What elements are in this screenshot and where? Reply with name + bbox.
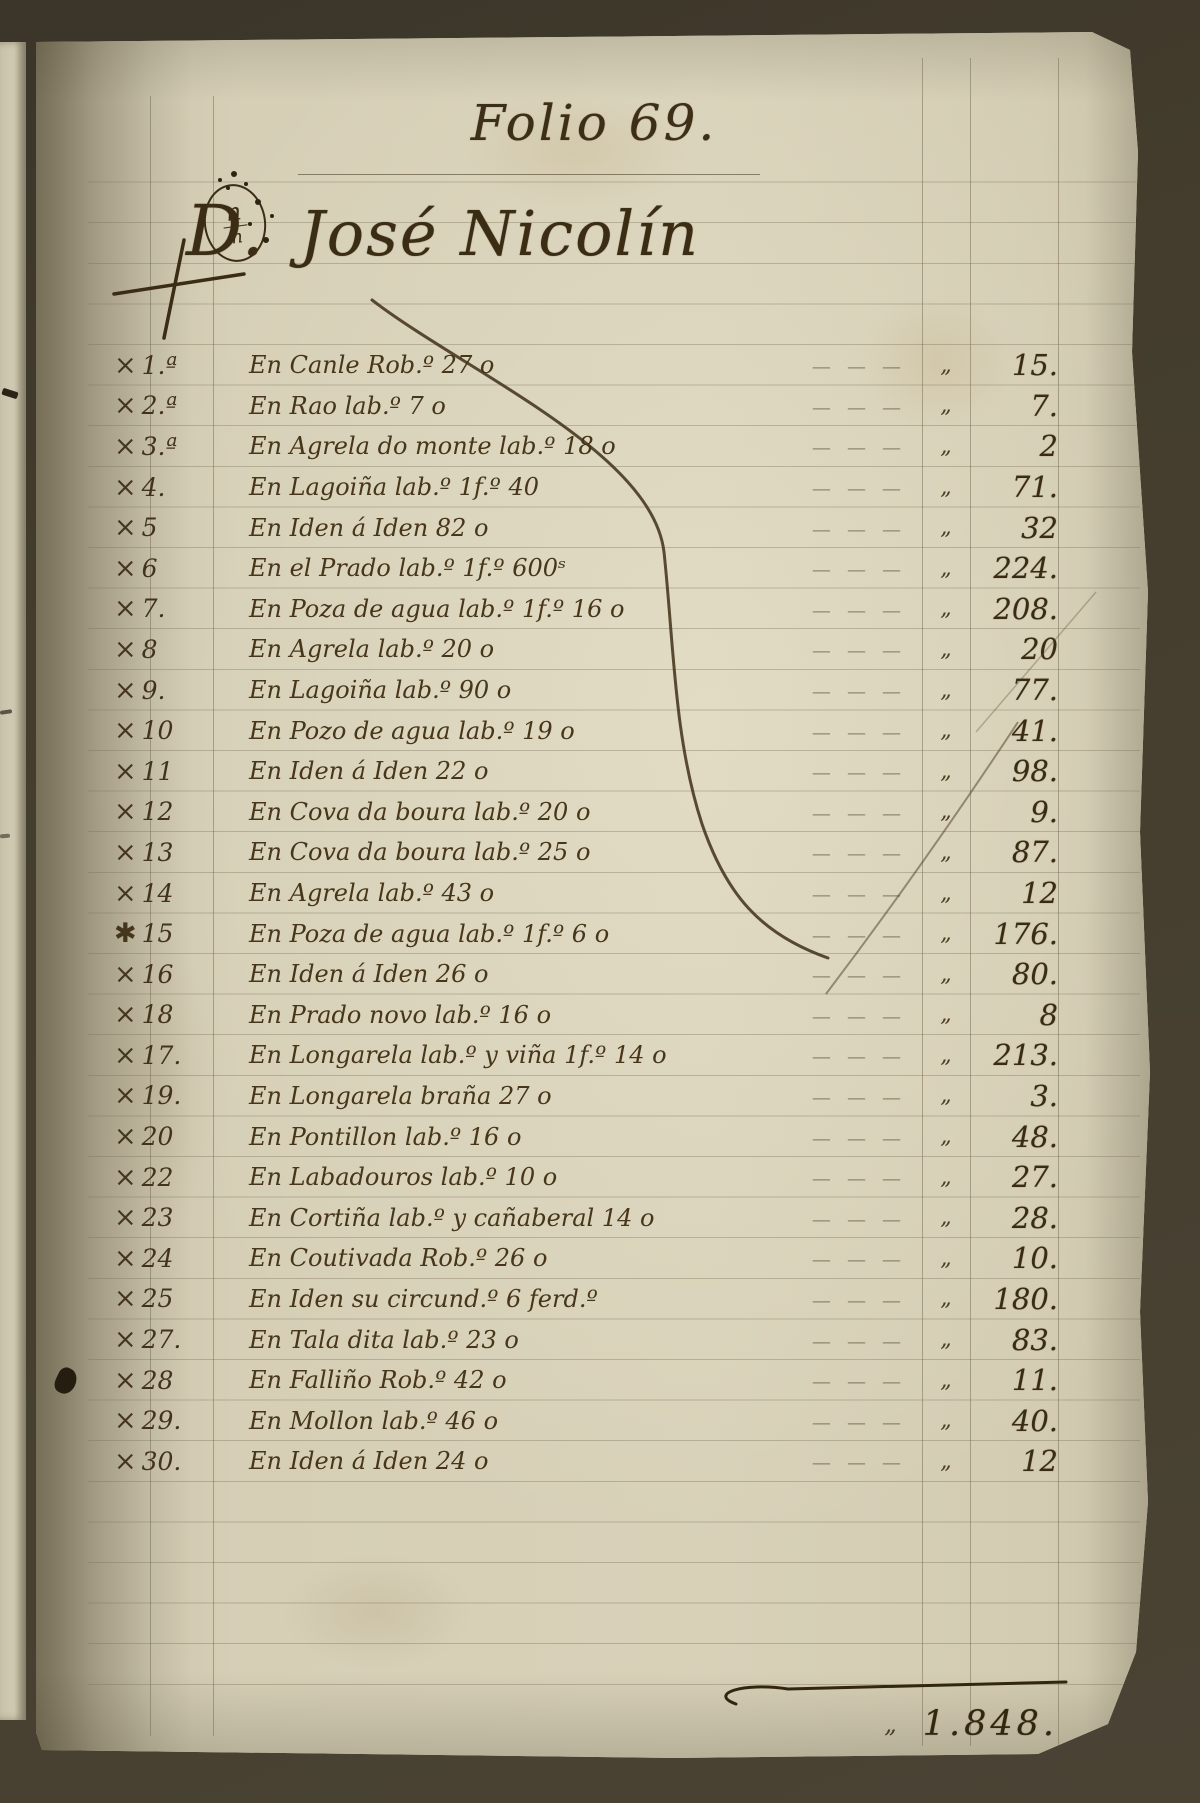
row-entry-text: En Coutivada Rob.º 26 o — [213, 1244, 547, 1272]
row-entry-text: En Cortiña lab.º y cañaberal 14 o — [213, 1204, 654, 1232]
row-amount: 98. — [970, 754, 1058, 788]
row-number: 8 — [142, 635, 158, 664]
row-entry-cell: En Falliño Rob.º 42 o — — — — [213, 1366, 922, 1394]
row-cross-mark: × — [114, 837, 137, 868]
row-number-cell: × 20 — [114, 1121, 213, 1152]
row-quote-mark: „ — [922, 1449, 970, 1474]
row-cross-mark: × — [114, 1243, 137, 1274]
row-quote-mark: „ — [922, 921, 970, 946]
ink-tick — [0, 709, 12, 715]
row-dash-filler: — — — — [488, 1452, 922, 1474]
account-holder-name: José Nicolín — [300, 197, 700, 270]
row-entry-text: En Canle Rob.º 27 o — [213, 351, 494, 379]
row-quote-mark: „ — [922, 596, 970, 621]
row-number: 28 — [142, 1366, 174, 1395]
screenshot-root: { "document": { "folio_title": "Folio 69… — [0, 0, 1200, 1803]
row-dash-filler: — — — — [511, 681, 922, 703]
row-quote-mark: „ — [922, 556, 970, 581]
row-number-cell: × 27. — [114, 1324, 213, 1355]
row-cross-mark: × — [114, 959, 137, 990]
row-quote-mark: „ — [922, 353, 970, 378]
row-entry-cell: En Tala dita lab.º 23 o — — — — [213, 1326, 922, 1354]
row-number: 27. — [142, 1325, 182, 1354]
row-cross-mark: × — [114, 390, 137, 421]
ledger-row: × 16 En Iden á Iden 26 o — — — „ 80. — [36, 954, 1152, 995]
ledger-row: × 9. En Lagoiña lab.º 90 o — — — „ 77. — [36, 670, 1152, 711]
paper-stain — [276, 1552, 476, 1672]
total-row: „ 1.848. — [36, 1700, 1058, 1748]
row-entry-text: En Agrela do monte lab.º 18 o — [213, 432, 616, 460]
row-dash-filler: — — — — [494, 640, 922, 662]
row-entry-text: En Iden á Iden 26 o — [213, 960, 488, 988]
ledger-row: × 7. En Poza de agua lab.º 1f.º 16 o — —… — [36, 589, 1152, 630]
row-cross-mark: ✱ — [114, 918, 137, 949]
row-number-cell: ✱ 15 — [114, 918, 213, 949]
row-number: 15 — [142, 919, 174, 948]
row-entry-cell: En Pozo de agua lab.º 19 o — — — — [213, 717, 922, 745]
row-number: 4. — [142, 473, 166, 502]
row-number: 2.ª — [142, 391, 178, 420]
row-entry-cell: En Canle Rob.º 27 o — — — — [213, 351, 922, 379]
row-number-cell: × 14 — [114, 878, 213, 909]
row-amount: 77. — [970, 673, 1058, 707]
row-number-cell: × 2.ª — [114, 390, 213, 421]
ledger-row: × 11 En Iden á Iden 22 o — — — „ 98. — [36, 751, 1152, 792]
ledger-row: × 17. En Longarela lab.º y viña 1f.º 14 … — [36, 1035, 1152, 1076]
row-dash-filler: — — — — [654, 1209, 922, 1231]
row-amount: 27. — [970, 1160, 1058, 1194]
ledger-row: × 30. En Iden á Iden 24 o — — — „ 12 — [36, 1441, 1152, 1482]
row-dash-filler: — — — — [551, 1006, 922, 1028]
row-dash-filler: — — — — [539, 478, 922, 500]
row-dash-filler: — — — — [446, 397, 922, 419]
row-quote-mark: „ — [922, 840, 970, 865]
row-quote-mark: „ — [922, 393, 970, 418]
row-entry-text: En Cova da boura lab.º 20 o — [213, 798, 590, 826]
honorific: D. — [186, 190, 266, 272]
row-cross-mark: × — [114, 1202, 137, 1233]
row-entry-text: En Pontillon lab.º 16 o — [213, 1123, 521, 1151]
row-entry-cell: En Longarela braña 27 o — — — — [213, 1082, 922, 1110]
row-entry-cell: En Cortiña lab.º y cañaberal 14 o — — — — [213, 1204, 922, 1232]
row-amount: 48. — [970, 1120, 1058, 1154]
ledger-row: × 22 En Labadouros lab.º 10 o — — — „ 27… — [36, 1157, 1152, 1198]
heading-cross-stroke — [114, 274, 244, 294]
row-amount: 83. — [970, 1323, 1058, 1357]
ledger-row: × 24 En Coutivada Rob.º 26 o — — — „ 10. — [36, 1238, 1152, 1279]
row-number-cell: × 22 — [114, 1162, 213, 1193]
row-amount: 71. — [970, 470, 1058, 504]
row-number-cell: × 11 — [114, 756, 213, 787]
row-number: 11 — [142, 757, 174, 786]
ink-tick — [0, 834, 10, 839]
row-cross-mark: × — [114, 1080, 137, 1111]
row-amount: 41. — [970, 714, 1058, 748]
total-quote-mark: „ — [884, 1710, 896, 1738]
row-amount: 213. — [970, 1038, 1058, 1072]
row-entry-cell: En Prado novo lab.º 16 o — — — — [213, 1001, 922, 1029]
row-dash-filler: — — — — [624, 600, 922, 622]
row-amount: 32 — [970, 511, 1058, 545]
total-amount: 1.848. — [923, 1704, 1058, 1744]
row-entry-cell: En Iden á Iden 22 o — — — — [213, 757, 922, 785]
row-quote-mark: „ — [922, 515, 970, 540]
ledger-row: × 8 En Agrela lab.º 20 o — — — „ 20 — [36, 629, 1152, 670]
row-entry-cell: En Iden á Iden 24 o — — — — [213, 1447, 922, 1475]
row-entry-cell: En Iden á Iden 82 o — — — — [213, 514, 922, 542]
row-entry-text: En Prado novo lab.º 16 o — [213, 1001, 551, 1029]
row-amount: 28. — [970, 1201, 1058, 1235]
row-quote-mark: „ — [922, 759, 970, 784]
row-quote-mark: „ — [922, 475, 970, 500]
row-cross-mark: × — [114, 1162, 137, 1193]
row-amount: 40. — [970, 1404, 1058, 1438]
row-entry-text: En Pozo de agua lab.º 19 o — [213, 717, 575, 745]
row-dash-filler: — — — — [519, 1331, 922, 1353]
row-entry-text: En Poza de agua lab.º 1f.º 6 o — [213, 920, 609, 948]
account-heading: D.José Nicolín — [186, 190, 700, 272]
row-cross-mark: × — [114, 472, 137, 503]
row-number: 18 — [142, 1000, 174, 1029]
row-amount: 12 — [970, 876, 1058, 910]
page-title: Folio 69. — [36, 94, 1152, 152]
row-amount: 80. — [970, 957, 1058, 991]
row-dash-filler: — — — — [498, 1412, 922, 1434]
row-number: 29. — [142, 1406, 182, 1435]
row-cross-mark: × — [114, 878, 137, 909]
row-entry-text: En Tala dita lab.º 23 o — [213, 1326, 519, 1354]
ledger-row: × 1.ª En Canle Rob.º 27 o — — — „ 15. — [36, 345, 1152, 386]
row-entry-cell: En Poza de agua lab.º 1f.º 16 o — — — — [213, 595, 922, 623]
row-entry-text: En Iden su circund.º 6 ferd.º — [213, 1285, 598, 1313]
ledger-row: × 27. En Tala dita lab.º 23 o — — — „ 83… — [36, 1319, 1152, 1360]
row-entry-cell: En Poza de agua lab.º 1f.º 6 o — — — — [213, 920, 922, 948]
row-cross-mark: × — [114, 1283, 137, 1314]
row-number: 12 — [142, 797, 174, 826]
row-dash-filler: — — — — [547, 1249, 922, 1271]
row-number-cell: × 29. — [114, 1405, 213, 1436]
row-entry-cell: En Rao lab.º 7 o — — — — [213, 392, 922, 420]
row-cross-mark: × — [114, 1365, 137, 1396]
row-cross-mark: × — [114, 1040, 137, 1071]
row-dash-filler: — — — — [566, 559, 922, 581]
row-dash-filler: — — — — [575, 722, 922, 744]
row-number: 17. — [142, 1041, 182, 1070]
row-amount: 176. — [970, 917, 1058, 951]
row-number: 7. — [142, 594, 166, 623]
row-quote-mark: „ — [922, 1205, 970, 1230]
row-dash-filler: — — — — [557, 1168, 922, 1190]
row-entry-cell: En Longarela lab.º y viña 1f.º 14 o — — … — [213, 1041, 922, 1069]
row-quote-mark: „ — [922, 962, 970, 987]
row-number: 10 — [142, 716, 174, 745]
ledger-row: × 19. En Longarela braña 27 o — — — „ 3. — [36, 1076, 1152, 1117]
row-number-cell: × 8 — [114, 634, 213, 665]
ledger-row: × 23 En Cortiña lab.º y cañaberal 14 o —… — [36, 1197, 1152, 1238]
row-amount: 208. — [970, 592, 1058, 626]
row-entry-text: En Agrela lab.º 20 o — [213, 635, 494, 663]
row-amount: 7. — [970, 389, 1058, 423]
row-entry-cell: En Agrela lab.º 20 o — — — — [213, 635, 922, 663]
row-quote-mark: „ — [922, 881, 970, 906]
row-quote-mark: „ — [922, 434, 970, 459]
ledger-row: × 12 En Cova da boura lab.º 20 o — — — „… — [36, 792, 1152, 833]
previous-page-edge — [0, 42, 26, 1720]
row-cross-mark: × — [114, 431, 137, 462]
ledger-row: × 29. En Mollon lab.º 46 o — — — „ 40. — [36, 1400, 1152, 1441]
row-number: 20 — [142, 1122, 174, 1151]
row-entry-text: En Iden á Iden 22 o — [213, 757, 488, 785]
row-number-cell: × 25 — [114, 1283, 213, 1314]
row-cross-mark: × — [114, 350, 137, 381]
row-quote-mark: „ — [922, 1083, 970, 1108]
row-number-cell: × 7. — [114, 593, 213, 624]
row-quote-mark: „ — [922, 718, 970, 743]
ledger-row: × 28 En Falliño Rob.º 42 o — — — „ 11. — [36, 1360, 1152, 1401]
row-dash-filler: — — — — [507, 1371, 922, 1393]
row-quote-mark: „ — [922, 1124, 970, 1149]
row-number-cell: × 30. — [114, 1446, 213, 1477]
row-number-cell: × 23 — [114, 1202, 213, 1233]
row-dash-filler: — — — — [667, 1046, 922, 1068]
row-cross-mark: × — [114, 1121, 137, 1152]
row-amount: 12 — [970, 1444, 1058, 1478]
row-amount: 3. — [970, 1079, 1058, 1113]
row-number-cell: × 5 — [114, 512, 213, 543]
row-cross-mark: × — [114, 756, 137, 787]
row-number-cell: × 6 — [114, 553, 213, 584]
row-entry-cell: En Agrela do monte lab.º 18 o — — — — [213, 432, 922, 460]
row-amount: 8 — [970, 998, 1058, 1032]
row-entry-text: En Falliño Rob.º 42 o — [213, 1366, 507, 1394]
row-cross-mark: × — [114, 553, 137, 584]
row-amount: 9. — [970, 795, 1058, 829]
row-entry-cell: En Iden su circund.º 6 ferd.º — — — — [213, 1285, 922, 1313]
row-number-cell: × 4. — [114, 472, 213, 503]
row-entry-text: En Cova da boura lab.º 25 o — [213, 838, 590, 866]
row-entry-cell: En el Prado lab.º 1f.º 600ˢ — — — — [213, 554, 922, 582]
row-amount: 224. — [970, 551, 1058, 585]
row-entry-cell: En Pontillon lab.º 16 o — — — — [213, 1123, 922, 1151]
ledger-row: × 2.ª En Rao lab.º 7 o — — — „ 7. — [36, 386, 1152, 427]
row-entry-cell: En Agrela lab.º 43 o — — — — [213, 879, 922, 907]
row-cross-mark: × — [114, 1405, 137, 1436]
row-quote-mark: „ — [922, 1286, 970, 1311]
row-entry-text: En Poza de agua lab.º 1f.º 16 o — [213, 595, 624, 623]
row-entry-cell: En Cova da boura lab.º 20 o — — — — [213, 798, 922, 826]
row-number: 3.ª — [142, 432, 178, 461]
row-quote-mark: „ — [922, 1327, 970, 1352]
ink-tick — [1, 388, 18, 400]
row-cross-mark: × — [114, 512, 137, 543]
row-amount: 15. — [970, 348, 1058, 382]
row-cross-mark: × — [114, 1324, 137, 1355]
row-entry-cell: En Iden á Iden 26 o — — — — [213, 960, 922, 988]
ledger-row: ✱ 15 En Poza de agua lab.º 1f.º 6 o — — … — [36, 913, 1152, 954]
row-dash-filler: — — — — [590, 843, 922, 865]
row-number: 1.ª — [142, 351, 178, 380]
row-quote-mark: „ — [922, 1246, 970, 1271]
row-amount: 20 — [970, 632, 1058, 666]
row-number: 24 — [142, 1244, 174, 1273]
ledger-rows: × 1.ª En Canle Rob.º 27 o — — — „ 15. × … — [36, 345, 1152, 1482]
row-dash-filler: — — — — [616, 437, 922, 459]
row-amount: 10. — [970, 1241, 1058, 1275]
row-number: 14 — [142, 879, 174, 908]
ledger-row: × 5 En Iden á Iden 82 o — — — „ 32 — [36, 507, 1152, 548]
row-number: 22 — [142, 1163, 174, 1192]
row-entry-cell: En Mollon lab.º 46 o — — — — [213, 1407, 922, 1435]
ink-splatter — [218, 178, 222, 182]
row-number-cell: × 1.ª — [114, 350, 213, 381]
row-number: 25 — [142, 1284, 174, 1313]
ledger-row: × 14 En Agrela lab.º 43 o — — — „ 12 — [36, 873, 1152, 914]
row-number-cell: × 10 — [114, 715, 213, 746]
row-number-cell: × 9. — [114, 675, 213, 706]
row-number: 16 — [142, 960, 174, 989]
row-entry-text: En Longarela lab.º y viña 1f.º 14 o — [213, 1041, 667, 1069]
row-dash-filler: — — — — [488, 762, 922, 784]
row-entry-text: En Labadouros lab.º 10 o — [213, 1163, 557, 1191]
row-dash-filler: — — — — [598, 1290, 922, 1312]
row-number: 9. — [142, 676, 166, 705]
row-number: 30. — [142, 1447, 182, 1476]
row-number-cell: × 19. — [114, 1080, 213, 1111]
row-entry-cell: En Lagoiña lab.º 1f.º 40 — — — — [213, 473, 922, 501]
row-number-cell: × 28 — [114, 1365, 213, 1396]
row-number: 23 — [142, 1203, 174, 1232]
row-quote-mark: „ — [922, 1165, 970, 1190]
heading-cross-stroke — [164, 240, 184, 338]
row-amount: 180. — [970, 1282, 1058, 1316]
row-number-cell: × 3.ª — [114, 431, 213, 462]
row-number-cell: × 17. — [114, 1040, 213, 1071]
row-cross-mark: × — [114, 675, 137, 706]
row-entry-text: En Mollon lab.º 46 o — [213, 1407, 498, 1435]
row-dash-filler: — — — — [609, 925, 922, 947]
row-number: 5 — [142, 513, 158, 542]
ledger-row: × 18 En Prado novo lab.º 16 o — — — „ 8 — [36, 995, 1152, 1036]
row-entry-cell: En Cova da boura lab.º 25 o — — — — [213, 838, 922, 866]
row-number: 19. — [142, 1081, 182, 1110]
row-dash-filler: — — — — [494, 356, 922, 378]
row-cross-mark: × — [114, 715, 137, 746]
row-quote-mark: „ — [922, 799, 970, 824]
row-cross-mark: × — [114, 634, 137, 665]
row-number-cell: × 13 — [114, 837, 213, 868]
ledger-row: × 25 En Iden su circund.º 6 ferd.º — — —… — [36, 1279, 1152, 1320]
row-entry-text: En Rao lab.º 7 o — [213, 392, 446, 420]
row-amount: 87. — [970, 835, 1058, 869]
title-underline — [298, 174, 760, 175]
ledger-row: × 4. En Lagoiña lab.º 1f.º 40 — — — „ 71… — [36, 467, 1152, 508]
row-dash-filler: — — — — [488, 965, 922, 987]
row-number-cell: × 12 — [114, 796, 213, 827]
row-cross-mark: × — [114, 1446, 137, 1477]
row-entry-cell: En Coutivada Rob.º 26 o — — — — [213, 1244, 922, 1272]
row-quote-mark: „ — [922, 1043, 970, 1068]
ledger-row: × 13 En Cova da boura lab.º 25 o — — — „… — [36, 832, 1152, 873]
manuscript-page: Folio 69. n n D.José Nicolín × 1.ª En Ca… — [36, 32, 1152, 1758]
row-amount: 11. — [970, 1363, 1058, 1397]
row-entry-text: En el Prado lab.º 1f.º 600ˢ — [213, 554, 566, 582]
row-dash-filler: — — — — [552, 1087, 922, 1109]
row-entry-text: En Lagoiña lab.º 90 o — [213, 676, 511, 704]
ledger-row: × 10 En Pozo de agua lab.º 19 o — — — „ … — [36, 710, 1152, 751]
row-cross-mark: × — [114, 593, 137, 624]
row-number-cell: × 18 — [114, 999, 213, 1030]
ledger-row: × 6 En el Prado lab.º 1f.º 600ˢ — — — „ … — [36, 548, 1152, 589]
row-quote-mark: „ — [922, 1368, 970, 1393]
ledger-row: × 20 En Pontillon lab.º 16 o — — — „ 48. — [36, 1116, 1152, 1157]
row-entry-text: En Agrela lab.º 43 o — [213, 879, 494, 907]
row-number-cell: × 16 — [114, 959, 213, 990]
row-entry-text: En Lagoiña lab.º 1f.º 40 — [213, 473, 539, 501]
row-dash-filler: — — — — [488, 519, 922, 541]
row-quote-mark: „ — [922, 1002, 970, 1027]
row-entry-text: En Iden á Iden 24 o — [213, 1447, 488, 1475]
row-number-cell: × 24 — [114, 1243, 213, 1274]
row-number: 6 — [142, 554, 158, 583]
row-number: 13 — [142, 838, 174, 867]
row-entry-text: En Iden á Iden 82 o — [213, 514, 488, 542]
row-quote-mark: „ — [922, 637, 970, 662]
row-amount: 2 — [970, 429, 1058, 463]
row-dash-filler: — — — — [521, 1128, 922, 1150]
row-quote-mark: „ — [922, 678, 970, 703]
row-entry-text: En Longarela braña 27 o — [213, 1082, 552, 1110]
row-dash-filler: — — — — [590, 803, 922, 825]
row-entry-cell: En Labadouros lab.º 10 o — — — — [213, 1163, 922, 1191]
row-entry-cell: En Lagoiña lab.º 90 o — — — — [213, 676, 922, 704]
row-cross-mark: × — [114, 999, 137, 1030]
ledger-row: × 3.ª En Agrela do monte lab.º 18 o — — … — [36, 426, 1152, 467]
row-quote-mark: „ — [922, 1408, 970, 1433]
row-dash-filler: — — — — [494, 884, 922, 906]
row-cross-mark: × — [114, 796, 137, 827]
